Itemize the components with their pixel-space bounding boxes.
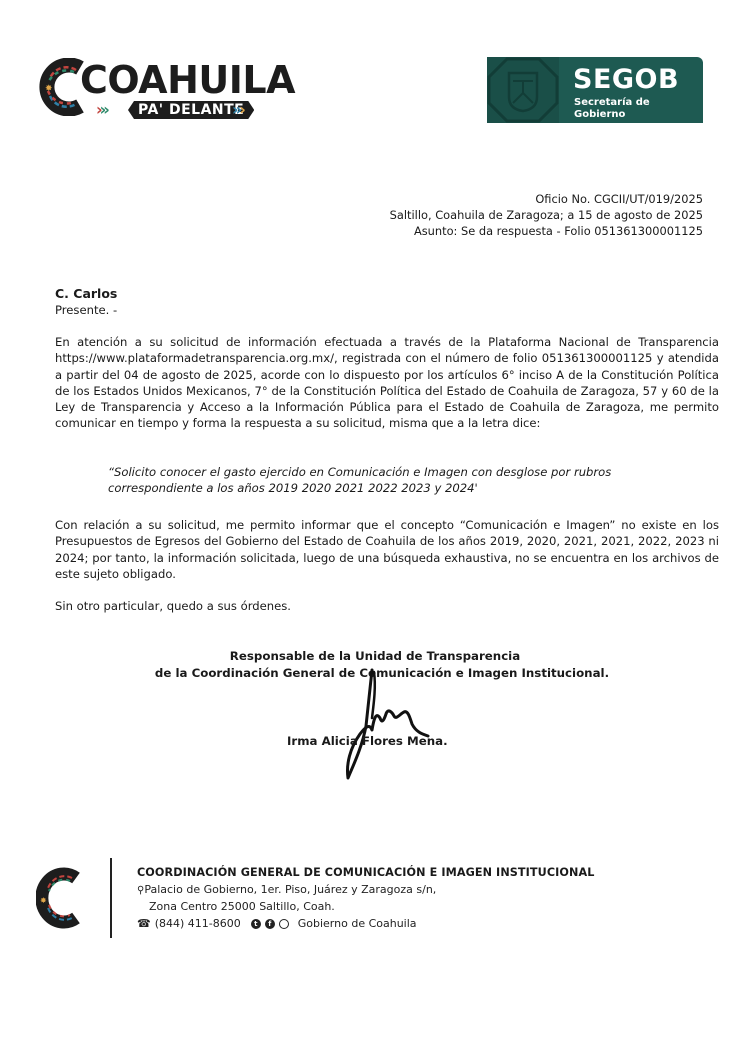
footer-address-line-2: Zona Centro 25000 Saltillo, Coah. — [149, 900, 335, 914]
request-quote: “Solicito conocer el gasto ejercido en C… — [108, 464, 668, 497]
body-paragraph-2: Con relación a su solicitud, me permito … — [55, 517, 719, 582]
footer-divider — [110, 858, 112, 938]
closing-line: Sin otro particular, quedo a sus órdenes… — [55, 598, 291, 614]
address-line-1-text: Palacio de Gobierno, 1er. Piso, Juárez y… — [144, 883, 436, 896]
recipient-name: C. Carlos — [55, 286, 117, 302]
segob-subtitle: Secretaría de Gobierno — [574, 97, 703, 121]
chevrons-right-icon: ››› — [232, 102, 243, 118]
reference-block: Oficio No. CGCII/UT/019/2025 Saltillo, C… — [390, 191, 703, 239]
handwritten-signature-icon — [300, 668, 450, 783]
coahuila-c-emblem-icon: ✸ — [36, 866, 84, 930]
svg-text:✸: ✸ — [45, 84, 53, 94]
footer-phone: (844) 411-8600 — [155, 917, 241, 931]
coahuila-wordmark: COAHUILA — [80, 58, 295, 102]
oficio-number: Oficio No. CGCII/UT/019/2025 — [390, 191, 703, 207]
twitter-icon[interactable]: t — [251, 919, 261, 929]
footer-organization: COORDINACIÓN GENERAL DE COMUNICACIÓN E I… — [137, 866, 594, 880]
place-and-date: Saltillo, Coahuila de Zaragoza; a 15 de … — [390, 207, 703, 223]
recipient-greeting: Presente. - — [55, 302, 117, 318]
facebook-icon[interactable]: f — [265, 919, 275, 929]
body-paragraph-1: En atención a su solicitud de informació… — [55, 334, 719, 432]
chevrons-left-icon: ››› — [96, 102, 107, 118]
svg-text:✸: ✸ — [40, 896, 47, 905]
segob-shield-icon — [487, 57, 559, 123]
signature-title-line-1: Responsable de la Unidad de Transparenci… — [0, 648, 750, 665]
instagram-icon[interactable] — [279, 919, 289, 929]
segob-title: SEGOB — [573, 65, 679, 95]
footer-contact: ☎ (844) 411-8600 t f Gobierno de Coahuil… — [137, 917, 417, 931]
subject-line: Asunto: Se da respuesta - Folio 05136130… — [390, 223, 703, 239]
signer-name: Irma Alicia Flores Mena. — [287, 733, 448, 749]
coahuila-logo: ✸ COAHUILA ››› PA' DELANTE ››› — [36, 58, 260, 124]
segob-logo: SEGOB Secretaría de Gobierno — [487, 57, 703, 123]
footer-social-handle: Gobierno de Coahuila — [298, 917, 417, 931]
footer-address-line-1: ⚲Palacio de Gobierno, 1er. Piso, Juárez … — [137, 883, 436, 898]
phone-icon: ☎ — [137, 917, 151, 931]
